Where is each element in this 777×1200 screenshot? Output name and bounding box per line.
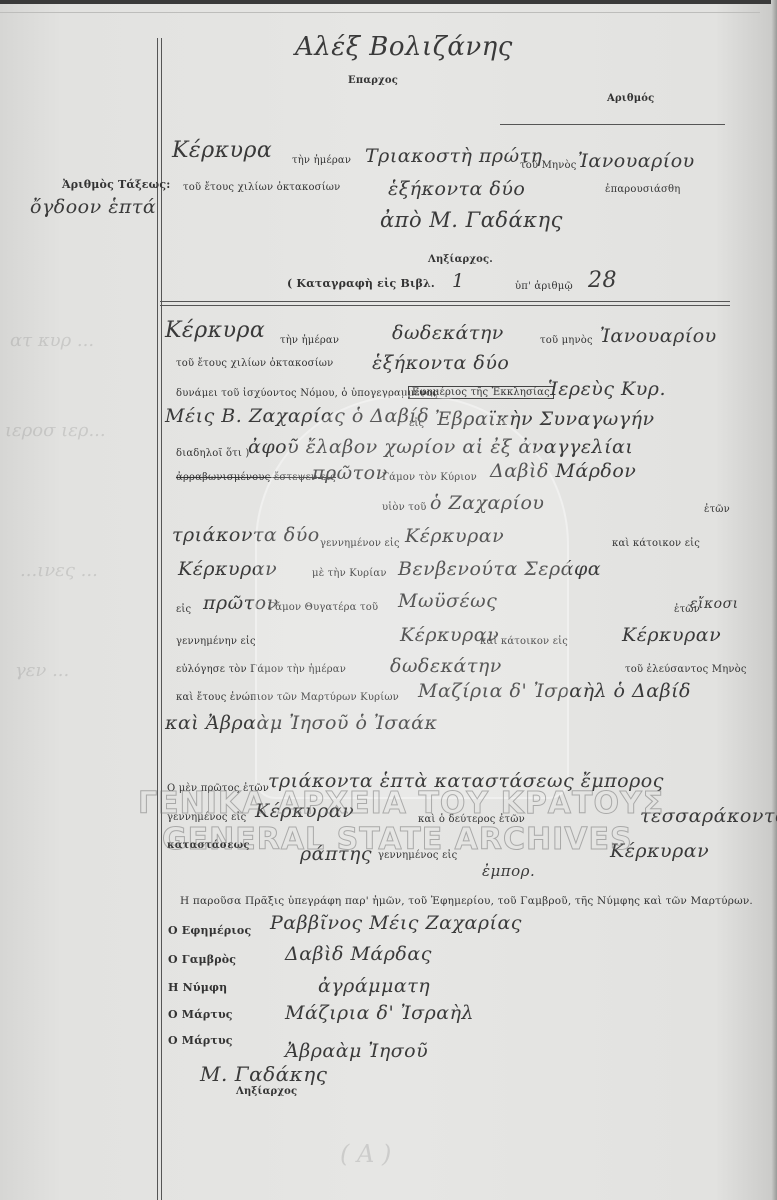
- registry-prefix: ( Καταγραφὴ εἰς Βιβλ.: [287, 277, 435, 290]
- register-page: ατ κυρ ... ιεροσ ιερ... ...ινες ... γεν …: [0, 0, 777, 1200]
- prefect-label: Επαρχος: [348, 75, 398, 86]
- registrar-label: Ληξίαρχος.: [428, 254, 493, 265]
- registry-number: 28: [588, 268, 617, 293]
- resident-label: καὶ κάτοικον εἰς: [612, 538, 700, 549]
- bleed-through-text: γεν ...: [15, 660, 69, 681]
- witness-2-sign-label: Ο Μάρτυς: [168, 1034, 233, 1047]
- registrar-sign-label: Ληξίαρχος: [236, 1086, 297, 1097]
- priest-signature: Ραββῖνος Μέις Ζαχαρίας: [270, 912, 522, 934]
- watermark-english: GENERAL STATE ARCHIVES: [162, 822, 633, 857]
- second-witness-note: ἐμπορ.: [482, 862, 535, 880]
- page-top-rule: [0, 12, 760, 13]
- signatures-intro: Η παροῦσα Πρᾶξις ὑπεγράφη παρ' ἡμῶν, τοῦ…: [180, 895, 753, 907]
- act-year-label: τοῦ ἔτους χιλίων ὀκτακοσίων: [176, 358, 333, 369]
- margin-double-rule: [157, 38, 162, 1200]
- priest-sign-label: Ο Εφημέριος: [168, 924, 251, 937]
- order-number-value: ὄγδοον ἑπτά: [30, 196, 156, 218]
- bleed-through-text: ατ κυρ ...: [10, 330, 94, 351]
- bride-sign-label: Η Νύμφη: [168, 981, 227, 994]
- presentation-day: Τριακοστὴ πρώτη: [365, 145, 542, 167]
- groom-sign-label: Ο Γαμβρὸς: [168, 953, 236, 966]
- presentation-year: ἑξήκοντα δύο: [388, 178, 525, 200]
- bride-marriage-prefix: εἰς: [176, 604, 191, 615]
- act-day-label: τὴν ἡμέραν: [280, 335, 339, 346]
- presentation-place: Κέρκυρα: [172, 138, 272, 163]
- bleed-through-text: ...ινες ...: [20, 560, 98, 581]
- current-month-label: τοῦ ἐλεύσαντος Μηνὸς: [625, 664, 747, 675]
- witness-1-sign-label: Ο Μάρτυς: [168, 1008, 233, 1021]
- witness-1-signature: Μάζιρια δ' Ἰσραὴλ: [285, 1002, 474, 1024]
- section-divider: [160, 301, 730, 306]
- bride-age: εἴκοσι: [690, 596, 739, 612]
- bride-signature: ἀγράμματη: [318, 975, 430, 997]
- archive-watermark-logo: [255, 395, 569, 799]
- act-day: δωδεκάτην: [392, 322, 504, 344]
- watermark-greek: ΓΕΝΙΚΑ ΑΡΧΕΙΑ ΤΟΥ ΚΡΑΤΟΥΣ: [138, 786, 664, 821]
- prefect-signature: Αλέξ Βολιζάνης: [295, 32, 513, 62]
- book-number: 1: [452, 270, 465, 292]
- number-prefix: ὑπ' ἀριθμῷ: [515, 281, 573, 292]
- act-month: Ἰανουαρίου: [600, 325, 717, 347]
- bleed-through-text: ( Α ): [340, 1140, 391, 1168]
- year-label: τοῦ ἔτους χιλίων ὀκτακοσίων: [183, 182, 340, 193]
- page-binding-edge: [771, 0, 777, 1200]
- declares-label: διαδηλοῖ ὅτι ): [176, 448, 250, 459]
- bleed-through-text: ιεροσ ιερ...: [5, 420, 106, 441]
- registrar-signature: Μ. Γαδάκης: [200, 1062, 327, 1086]
- priest-title: Ἱερεὺς Κυρ.: [548, 378, 666, 400]
- day-label: τὴν ἡμέραν: [292, 155, 351, 166]
- years-label: ἐτῶν: [704, 504, 730, 515]
- registrar-name: ἀπὸ Μ. Γαδάκης: [380, 208, 563, 232]
- presented-label: ἐπαρουσιάσθη: [605, 184, 680, 195]
- scan-top-edge: [0, 0, 777, 4]
- number-line: [500, 124, 725, 125]
- bride-born-label: γεννημένην εἰς: [176, 636, 256, 647]
- month-label: τοῦ Μηνὸς: [520, 160, 577, 171]
- order-number-label: Ἀριθμὸς Τάξεως:: [62, 178, 171, 191]
- act-year: ἑξήκοντα δύο: [372, 352, 509, 374]
- groom-signature: Δαβὶδ Μάρδας: [285, 943, 432, 965]
- bride-residence: Κέρκυραν: [622, 624, 721, 646]
- act-place: Κέρκυρα: [165, 318, 265, 343]
- presentation-month: Ἰανουαρίου: [578, 150, 695, 172]
- number-label: Αριθμός: [607, 93, 654, 104]
- act-month-label: τοῦ μηνὸς: [540, 335, 593, 346]
- witness-2-signature: Ἀβραὰμ Ἰησοῦ: [285, 1040, 428, 1062]
